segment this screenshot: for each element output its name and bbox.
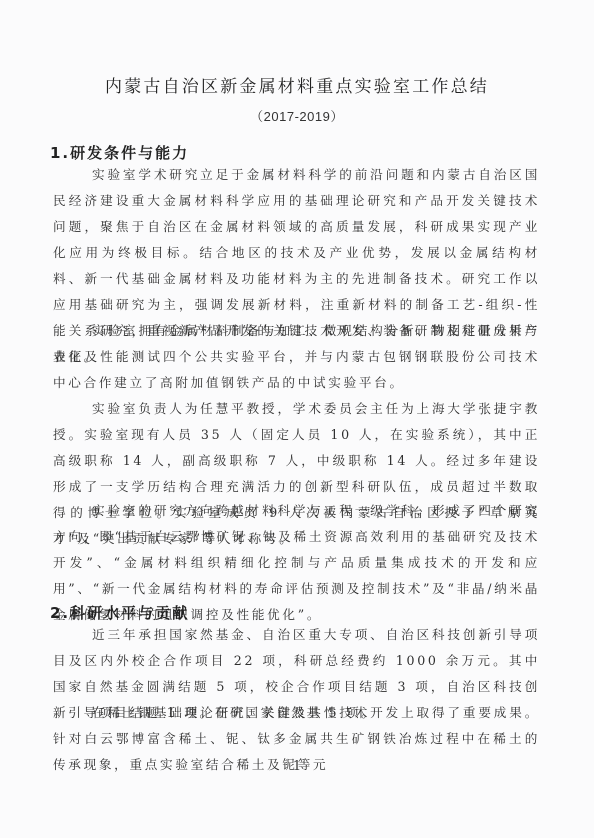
section-heading-1: 1.研发条件与能力 xyxy=(50,142,189,163)
paragraph-1-2: 实验室拥有金属材料制备与加工、微观结构分析、物相定量分析与表征及性能测试四个公共… xyxy=(53,318,540,396)
document-subtitle: （2017-2019） xyxy=(0,106,594,125)
section-heading-2: 2.科研水平与贡献 xyxy=(50,602,189,623)
document-page: 内蒙古自治区新金属材料重点实验室工作总结 （2017-2019） 1.研发条件与… xyxy=(0,0,594,838)
page-number: 1 xyxy=(0,759,594,774)
document-title: 内蒙古自治区新金属材料重点实验室工作总结 xyxy=(0,72,594,97)
